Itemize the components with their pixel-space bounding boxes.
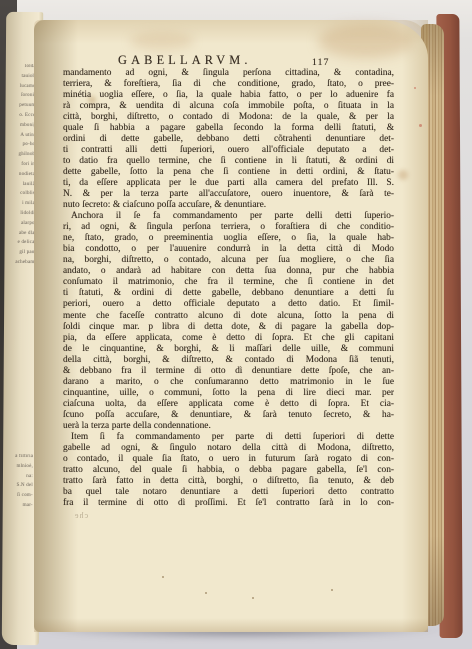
text-line: Anchora il ſe fa commandamento per parte…: [63, 211, 394, 222]
book-photo: ſoldatauioltlucamoſoroni,petuumo. Eccemb…: [0, 0, 472, 649]
marginalia-fragments-bottom: a fiſtiriamlnioè,na:S.N delſi com-mar-: [3, 452, 33, 511]
page-bottom-shading: [34, 618, 428, 632]
text-line: ti contratti alli detti ſuperiori, ouero…: [63, 145, 394, 156]
foxing-dot: [205, 592, 207, 594]
text-line: minétia uoglia eſſere, o ſia, la quale h…: [63, 90, 394, 101]
text-line: terriera, & foreſtiera, ſia di che condi…: [63, 79, 394, 90]
text-line: o contado, il quale ſia ſtato, o uero in…: [63, 454, 394, 465]
marginalia-fragment: i mila: [5, 199, 35, 209]
text-line: na, borghi, diſtretto, o contado, alcuna…: [63, 255, 394, 266]
text-line: ri, ad ogni, & ſingula perſona terriera,…: [63, 222, 394, 233]
marginalia-fragment: colblis: [5, 189, 35, 199]
text-line: uerà la terza parte della condennatione.: [63, 421, 394, 432]
marginalia-fragment: A utin.: [5, 130, 35, 140]
text-line: tratto ſarà fatto in detta città, borghi…: [63, 476, 394, 487]
marginalia-fragment: petuum: [6, 101, 36, 111]
marginalia-fragment: mlnioè,: [3, 462, 33, 472]
marginalia-fragment: a fiſtiria: [3, 452, 33, 462]
text-line: ti, da eſſere applicata per le due parti…: [63, 178, 394, 189]
page-number: 117: [312, 57, 330, 68]
foxing-dot: [162, 576, 164, 578]
marginalia-fragment: nodieta: [5, 170, 35, 180]
text-line: quale ſi habbia a pagare gabella ſecondo…: [63, 123, 394, 134]
text-line: darano a marito, o che conſumaranno dett…: [63, 377, 394, 388]
marginalia-fragment: achebam: [4, 258, 34, 268]
marginalia-fragment: ghilnob: [5, 150, 35, 160]
text-line: ti ſtatuti, & ordini di dette gabelle, d…: [63, 288, 394, 299]
text-line: rà compra, & uendita di alcuna coſa immo…: [63, 101, 394, 112]
text-line: della città, borghi, & diſtretto, & cont…: [63, 355, 394, 366]
text-line: ordini di dette gabelle, debbano detti c…: [63, 134, 394, 145]
marginalia-fragment: lauilà: [5, 179, 35, 189]
text-line: to datio fra quello termine, che ſi cont…: [63, 156, 394, 167]
text-line: gabelle ad ogni, & ſingulo notaro della …: [63, 443, 394, 454]
marginalia-fragment: e delica: [5, 238, 35, 248]
red-speck: [414, 87, 416, 89]
marginalia-fragment: o. Ecce: [5, 111, 35, 121]
text-line: N. & per la terza parte all'accuſatore, …: [63, 189, 394, 200]
body-text: mandamento ad ogni, & ſingula perſona ci…: [63, 68, 394, 510]
text-line: mente che faceſſe contratto alcuno di do…: [63, 311, 394, 322]
marginalia-fragment: ſolda: [6, 62, 36, 72]
text-line: cinquantine, uille, o communi, ſotto la …: [63, 388, 394, 399]
text-line: bia condotto, o per l'auuenire condurrà …: [63, 244, 394, 255]
marginalia-fragment: fori in: [5, 160, 35, 170]
foxing-dot: [331, 589, 333, 591]
text-line: dette gabelle, ſotto la pena che ſi cont…: [63, 167, 394, 178]
page-right-shading: [402, 20, 428, 632]
marginalia-fragment: na:: [3, 471, 33, 481]
marginalia-fragment: po-ho: [5, 140, 35, 150]
marginalia-fragment: mbonij: [5, 121, 35, 131]
text-line: pia, da eſſere applicata, come è detto d…: [63, 333, 394, 344]
marginalia-fragment: S.N del: [3, 481, 33, 491]
marginalia-fragment: abe dla: [5, 228, 35, 238]
marginalia-fragment: ſoroni,: [6, 91, 36, 101]
text-line: Item ſi fa commandamento per parte di de…: [63, 432, 394, 443]
text-line: nuto ſecreto: & ciaſcuno poſſa accuſare,…: [63, 200, 394, 211]
text-line: andato, o andarà ad habitare con detta ſ…: [63, 266, 394, 277]
marginalia-fragment: lidoldi: [5, 209, 35, 219]
text-line: mandamento ad ogni, & ſingula perſona ci…: [63, 68, 394, 79]
text-line: de le cinquantine, & borghi, & li maſſar…: [63, 344, 394, 355]
text-line: tratto alcuno, del quale ſi habbia, o de…: [63, 465, 394, 476]
marginalia-fragment: gil pao: [4, 248, 34, 258]
foxing-dot: [252, 597, 254, 599]
marginalia-fragment: mar-: [3, 501, 33, 511]
marginalia-fragment: ſi com-: [3, 491, 33, 501]
text-line: ſoldi cinque mar. p libra di detta dote,…: [63, 322, 394, 333]
text-line: città, borghi, diſtretto, o contado di M…: [63, 112, 394, 123]
text-line: fra il termine di otto dì proſſimi. Et ſ…: [63, 498, 394, 509]
marginalia-fragment: tauiolt: [6, 72, 36, 82]
text-line: ne, ſtato, grado, o preeminentia uoglia …: [63, 233, 394, 244]
text-line: ſcuno poſſa accuſare, & denuntiare, & ſa…: [63, 410, 394, 421]
marginalia-fragment: lucamo: [6, 81, 36, 91]
text-line: conſumato il matrimonio, che fra il term…: [63, 277, 394, 288]
ink-showthrough: che: [74, 511, 88, 520]
text-line: ba quel tale notaro denuntiare a detti ſ…: [63, 487, 394, 498]
text-line: ciaſcuna uolta, da eſſere applicata come…: [63, 399, 394, 410]
marginalia-fragments-top: ſoldatauioltlucamoſoroni,petuumo. Eccemb…: [4, 62, 35, 268]
marginalia-fragment: alarpo: [5, 219, 35, 229]
red-speck: [419, 124, 422, 127]
page-top-shading: [34, 20, 428, 44]
text-line: & debbano fra il termine di otto dì denu…: [63, 366, 394, 377]
text-line: periori, ouero a detto officiale deputat…: [63, 299, 394, 310]
running-title: GABELLARVM.: [118, 53, 252, 68]
